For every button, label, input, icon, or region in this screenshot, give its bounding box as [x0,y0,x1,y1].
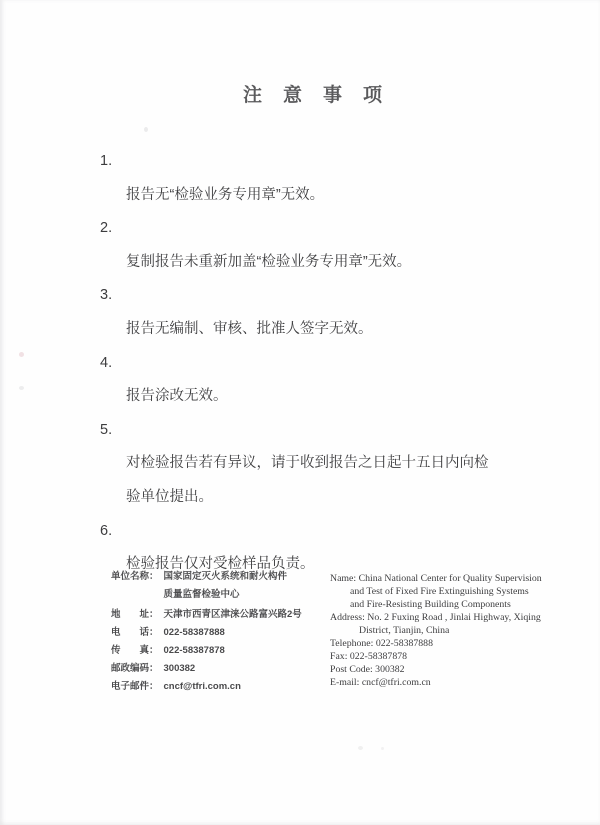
footer-en-name-cont: and Test of Fixed Fire Extinguishing Sys… [330,585,530,598]
footer-en-name-line: Name: China National Center for Quality … [330,572,530,585]
scan-speck [381,747,384,750]
notice-item: 4.报告涂改无效。 [100,347,536,414]
footer-colon: ： [149,606,159,624]
footer-value: 国家固定灭火系统和耐火构件 质量监督检验中心 [164,568,288,604]
notice-number: 5. [100,414,112,448]
footer-label: 单位名称 [111,568,149,586]
footer-colon: ： [149,660,159,678]
footer-en-fax-line: Fax: 022-58387878 [330,650,530,663]
footer-value: 022-58387888 [164,624,225,642]
scan-speck [144,127,148,132]
footer-chinese-contact: 单位名称：国家固定灭火系统和耐火构件 质量监督检验中心 地址：天津市西青区津涞公… [111,568,321,696]
footer-en-postcode-line: Post Code: 300382 [330,663,530,676]
notice-item: 2.复制报告未重新加盖“检验业务专用章”无效。 [100,212,536,279]
page-title: 注意事项 [243,80,403,107]
footer-value: 300382 [164,660,196,678]
notice-text: 报告无“检验业务专用章”无效。 [126,187,324,203]
footer-row-address: 地址：天津市西青区津涞公路富兴路2号 [111,606,321,624]
footer-en-email-line: E-mail: cncf@tfri.com.cn [330,676,530,689]
scan-speck [19,352,24,357]
scan-speck [358,746,363,750]
notice-item: 5.对检验报告若有异议，请于收到报告之日起十五日内向检 验单位提出。 [100,414,536,515]
footer-colon: ： [149,678,159,696]
footer-colon: ： [149,568,159,586]
footer-label: 地址 [111,606,149,624]
notice-number: 3. [100,279,112,313]
notice-list: 1.报告无“检验业务专用章”无效。 2.复制报告未重新加盖“检验业务专用章”无效… [100,145,536,582]
notice-text: 对检验报告若有异议，请于收到报告之日起十五日内向检 验单位提出。 [126,455,489,505]
notice-number: 1. [100,145,112,179]
notice-item: 1.报告无“检验业务专用章”无效。 [100,145,536,212]
footer-en-address-cont: District, Tianjin, China [330,624,530,637]
footer-en-address-line: Address: No. 2 Fuxing Road , Jinlai High… [330,611,530,624]
footer-label: 邮政编码 [111,660,149,678]
footer-en-telephone-line: Telephone: 022-58387888 [330,637,530,650]
notice-text: 复制报告未重新加盖“检验业务专用章”无效。 [126,254,411,270]
footer-row-post-code: 邮政编码：300382 [111,660,321,678]
notice-text: 报告无编制、审核、批准人签字无效。 [126,321,373,337]
notice-number: 6. [100,515,112,549]
footer-row-telephone: 电话：022-58387888 [111,624,321,642]
document-page: 注意事项 1.报告无“检验业务专用章”无效。 2.复制报告未重新加盖“检验业务专… [0,0,600,825]
footer-row-unit-name: 单位名称：国家固定灭火系统和耐火构件 质量监督检验中心 [111,568,321,604]
footer-label: 电子邮件 [111,678,149,696]
scan-speck [19,386,24,390]
notice-number: 2. [100,212,112,246]
footer-english-contact: Name: China National Center for Quality … [330,572,530,689]
footer-colon: ： [149,624,159,642]
notice-item: 3.报告无编制、审核、批准人签字无效。 [100,279,536,346]
footer-colon: ： [149,642,159,660]
footer-value: 天津市西青区津涞公路富兴路2号 [164,606,302,624]
footer-label: 电话 [111,624,149,642]
footer-value: 022-58387878 [164,642,225,660]
footer-label: 传真 [111,642,149,660]
footer-en-name-cont: and Fire-Resisting Building Components [330,598,530,611]
footer-value: cncf@tfri.com.cn [164,678,241,696]
notice-number: 4. [100,347,112,381]
footer-row-fax: 传真：022-58387878 [111,642,321,660]
notice-text: 报告涂改无效。 [126,388,228,404]
footer-row-email: 电子邮件：cncf@tfri.com.cn [111,678,321,696]
